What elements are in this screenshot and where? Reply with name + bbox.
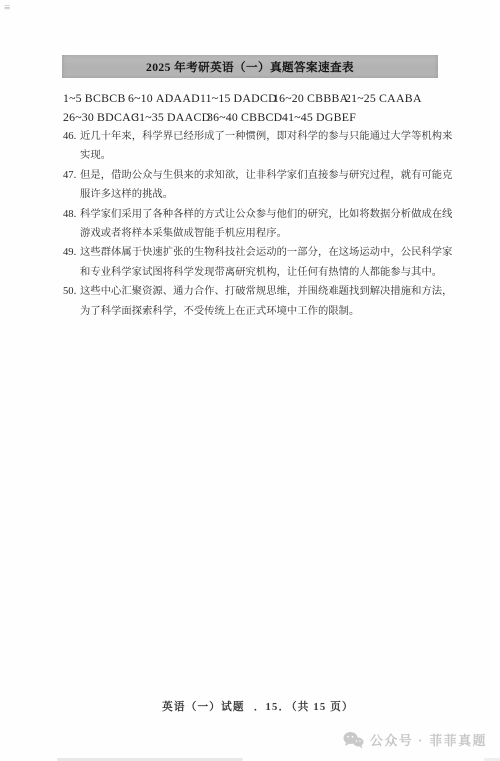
answer-cell: 31~35DAACD [133,108,207,127]
answer-cell: 21~25CAABA [345,89,422,108]
answer-letters: DAACD [167,110,210,124]
item-line: 为了科学面探索科学，不受传统上在正式环境中工作的限制。 [80,302,453,321]
item-number: 47. [63,166,80,205]
item-line: 这些群体属于快速扩张的生物科技社会运动的一部分，在这场运动中，公民科学家 [80,243,453,262]
question-range: 36~40 [207,110,238,124]
item-line: 这些中心汇聚资源、通力合作、打破常规思维，并围绕难题找到解决措施和方法， [80,282,453,301]
item-line: 科学家们采用了各种各样的方式让公众参与他们的研究，比如将数据分析做成在线 [80,205,453,224]
translation-item-47: 47. 但是，借助公众与生俱来的求知欲，让非科学家们直接参与研究过程，就有可能克… [63,166,450,205]
answer-letters: BCBCB [85,91,126,105]
answer-cell: 36~40CBBCD [207,108,282,127]
footer-course-label: 英语（一）试题 [162,702,245,713]
question-range: 1~5 [63,91,82,105]
question-range: 26~30 [63,110,94,124]
item-text: 这些群体属于快速扩张的生物科技社会运动的一部分，在这场运动中，公民科学家 和专业… [80,243,453,282]
answer-row: 26~30BDCAC 31~35DAACD 36~40CBBCD 41~45DG… [63,108,448,127]
item-line: 服许多这样的挑战。 [80,185,453,204]
item-number: 49. [63,243,80,282]
item-line: 实现。 [80,146,453,165]
item-number: 50. [63,282,80,321]
answer-letters: CBBBA [307,91,349,105]
item-text: 近几十年来，科学界已经形成了一种惯例，即对科学的参与只能通过大学等机构来 实现。 [80,127,453,166]
answer-cell: 1~5BCBCB [63,89,128,108]
answer-row: 1~5BCBCB 6~10ADAAD 11~15DADCD 16~20CBBBA… [63,89,448,108]
item-line: 和专业科学家试图将科学发现带离研究机构，让任何有热情的人都能参与其中。 [80,263,453,282]
list-icon: ≡ [4,2,10,14]
item-line: 但是，借助公众与生俱来的求知欲，让非科学家们直接参与研究过程，就有可能克 [80,166,453,185]
translation-item-50: 50. 这些中心汇聚资源、通力合作、打破常规思维，并围绕难题找到解决措施和方法，… [63,282,450,321]
scanned-document-page: ≡ 2025 年考研英语（一）真题答案速查表 1~5BCBCB 6~10ADAA… [0,0,500,761]
page-footer: 英语（一）试题．15．（共 15 页） [0,699,500,714]
footer-page-count: （共 15 页） [291,702,354,713]
translation-item-49: 49. 这些群体属于快速扩张的生物科技社会运动的一部分，在这场运动中，公民科学家… [63,243,450,282]
answer-cell: 26~30BDCAC [63,108,133,127]
title-bar: 2025 年考研英语（一）真题答案速查表 [62,55,438,78]
answer-letters: DGBEF [316,110,356,124]
item-number: 46. [63,127,80,166]
answer-letters: CBBCD [241,110,283,124]
answer-cell: 11~15DADCD [200,89,273,108]
answer-cell: 6~10ADAAD [128,89,200,108]
item-text: 这些中心汇聚资源、通力合作、打破常规思维，并围绕难题找到解决措施和方法， 为了科… [80,282,453,321]
page-title: 2025 年考研英语（一）真题答案速查表 [146,59,354,75]
answer-cell: 16~20CBBBA [273,89,345,108]
answer-letters: DADCD [234,91,277,105]
answer-key-table: 1~5BCBCB 6~10ADAAD 11~15DADCD 16~20CBBBA… [63,89,448,126]
footer-page-number: ．15． [254,702,291,713]
item-line: 近几十年来，科学界已经形成了一种惯例，即对科学的参与只能通过大学等机构来 [80,127,453,146]
question-range: 6~10 [128,91,153,105]
question-range: 41~45 [282,110,313,124]
question-range: 21~25 [345,91,376,105]
question-range: 11~15 [200,91,231,105]
translation-item-48: 48. 科学家们采用了各种各样的方式让公众参与他们的研究，比如将数据分析做成在线… [63,205,450,244]
answer-letters: CAABA [379,91,422,105]
item-text: 科学家们采用了各种各样的方式让公众参与他们的研究，比如将数据分析做成在线 游戏或… [80,205,453,244]
watermark-text: 公众号 · 菲菲真题 [370,730,487,749]
watermark: 公众号 · 菲菲真题 [343,730,487,749]
item-number: 48. [63,205,80,244]
translation-item-46: 46. 近几十年来，科学界已经形成了一种惯例，即对科学的参与只能通过大学等机构来… [63,127,450,166]
answer-letters: ADAAD [156,91,200,105]
item-text: 但是，借助公众与生俱来的求知欲，让非科学家们直接参与研究过程，就有可能克 服许多… [80,166,453,205]
item-line: 游戏或者将样本采集做成智能手机应用程序。 [80,224,453,243]
answer-cell: 41~45DGBEF [282,108,356,127]
wechat-icon [343,731,364,749]
translation-list: 46. 近几十年来，科学界已经形成了一种惯例，即对科学的参与只能通过大学等机构来… [63,127,450,321]
question-range: 16~20 [273,91,304,105]
question-range: 31~35 [133,110,164,124]
